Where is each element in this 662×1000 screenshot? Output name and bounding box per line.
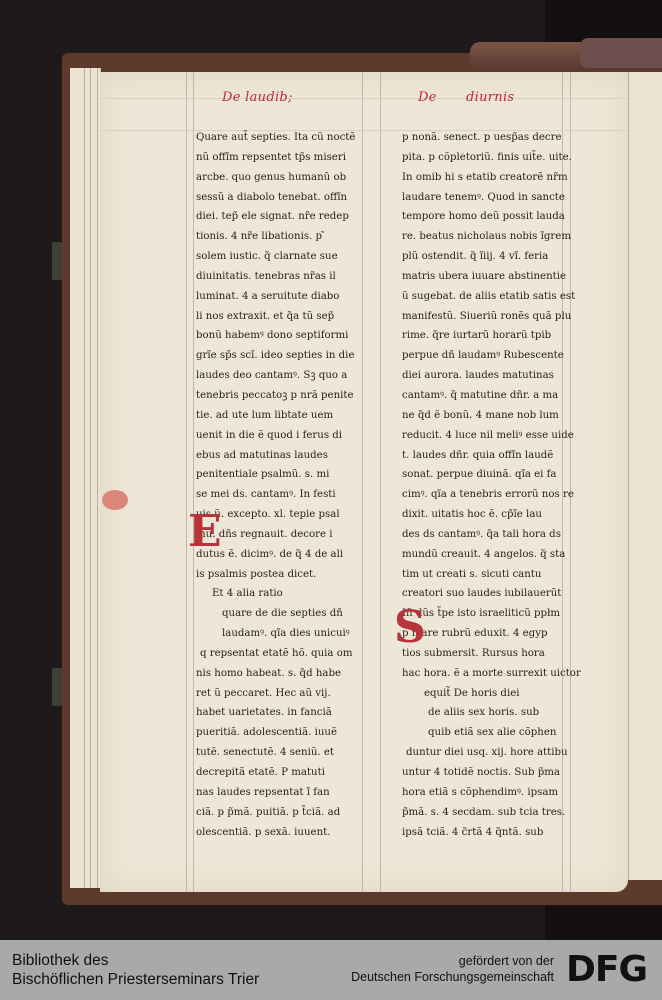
manuscript-line: is psalmis postea dicet. bbox=[196, 565, 376, 585]
manuscript-line: habet uarietates. in fanciã bbox=[196, 703, 376, 723]
manuscript-line: quare de die septies dñ bbox=[196, 604, 376, 624]
text-column-right: p nonã. senect. p uesp̃as decrepita. p c… bbox=[402, 128, 588, 842]
manuscript-line: cimꝰ. qĩa a tenebris errorũ nos re bbox=[402, 485, 588, 505]
manuscript-line: manifestũ. Siueriũ ronẽs quã plu bbox=[402, 307, 588, 327]
library-footer: Bibliothek des Bischöflichen Priestersem… bbox=[0, 940, 662, 1000]
funding-line-2: Deutschen Forschungsgemeinschaft bbox=[351, 969, 554, 985]
manuscript-line: p nonã. senect. p uesp̃as decre bbox=[402, 128, 588, 148]
page-stack-edge bbox=[70, 68, 101, 888]
manuscript-line: uenit in die ẽ quod i ferus di bbox=[196, 426, 376, 446]
manuscript-line: Iñ dũs t̃pe isto israeliticũ ppłm bbox=[402, 604, 588, 624]
manuscript-line: diei. tep̃ ele signat. nr̃e redep bbox=[196, 207, 376, 227]
manuscript-line: rime. q̃re iurtarũ horarũ tpib bbox=[402, 326, 588, 346]
clasp-strap bbox=[580, 38, 662, 68]
manuscript-line: sessũ a diabolo tenebat. offĩn bbox=[196, 188, 376, 208]
manuscript-line: sonat. perpue diuinã. qĩa ei fa bbox=[402, 465, 588, 485]
manuscript-line: li nos extraxit. et q̃a tũ sep̃ bbox=[196, 307, 376, 327]
manuscript-line: Quare aut̃ septies. Ita cũ noctẽ bbox=[196, 128, 376, 148]
manuscript-line: ebus ad matutinas laudes bbox=[196, 446, 376, 466]
manuscript-line: ne q̃d ẽ bonũ. 4 mane nob lum bbox=[402, 406, 588, 426]
manuscript-line: matris ubera iuuare abstinentie bbox=[402, 267, 588, 287]
rubric-header-right-de: De bbox=[418, 90, 437, 105]
library-line-1: Bibliothek des bbox=[12, 951, 259, 970]
manuscript-line: equit̃ De horis diei bbox=[402, 684, 588, 704]
text-column-left: Quare aut̃ septies. Ita cũ noctẽnũ offĩm… bbox=[196, 128, 376, 842]
manuscript-line: uis ũ. excepto. xl. tepie psal bbox=[196, 505, 376, 525]
manuscript-line: laudes deo cantamꝰ. Sꝫ quo a bbox=[196, 366, 376, 386]
manuscript-line: perpue dñ laudamꝰ Rubescente bbox=[402, 346, 588, 366]
next-page-edge bbox=[628, 72, 662, 880]
manuscript-line: q repsentat etatẽ hõ. quia om bbox=[196, 644, 376, 664]
manuscript-line: dutus ẽ. dicimꝰ. de q̃ 4 de ali bbox=[196, 545, 376, 565]
manuscript-line: tutẽ. senectutẽ. 4 seniũ. et bbox=[196, 743, 376, 763]
manuscript-line: nũ offĩm repsentet tp̃s miseri bbox=[196, 148, 376, 168]
manuscript-line: laudare tenemꝰ. Quod in sancte bbox=[402, 188, 588, 208]
manuscript-line: t. laudes dñr. quia offĩn laudẽ bbox=[402, 446, 588, 466]
manuscript-line: dixit. uitatis hoc ẽ. cp̃ĩe lau bbox=[402, 505, 588, 525]
manuscript-line: diei aurora. laudes matutinas bbox=[402, 366, 588, 386]
manuscript-line: ũ sugebat. de aliis etatib satis est bbox=[402, 287, 588, 307]
manuscript-line: plũ ostendit. q̃ ĩiij. 4 vĩ. feria bbox=[402, 247, 588, 267]
manuscript-line: laudamꝰ. qĩa dies unicuiꝰ bbox=[196, 624, 376, 644]
library-name: Bibliothek des Bischöflichen Priestersem… bbox=[12, 951, 259, 989]
hinge-icon bbox=[52, 668, 62, 706]
manuscript-line: penitentiale psalmũ. s. mi bbox=[196, 465, 376, 485]
rubric-header-left: De laudib; bbox=[222, 90, 293, 105]
manuscript-line: tempore homo deũ possit lauda bbox=[402, 207, 588, 227]
manuscript-line: nas laudes repsentat ĩ fan bbox=[196, 783, 376, 803]
manuscript-line: tim ut creati s. sicuti cantu bbox=[402, 565, 588, 585]
red-stain bbox=[102, 490, 128, 510]
manuscript-line: olescentiã. p sexã. iuuent. bbox=[196, 823, 376, 843]
manuscript-line: ret ũ peccaret. Hec aũ vij. bbox=[196, 684, 376, 704]
manuscript-line: nis homo habeat. s. q̃d habe bbox=[196, 664, 376, 684]
hinge-icon bbox=[52, 242, 62, 280]
dfg-logo: DFG bbox=[566, 952, 647, 988]
decorated-initial-e: E bbox=[188, 510, 222, 554]
manuscript-line: ipsã tciã. 4 c̃rtã 4 q̃ntã. sub bbox=[402, 823, 588, 843]
manuscript-line: p mare rubrũ eduxit. 4 egyp bbox=[402, 624, 588, 644]
manuscript-line: pueritiã. adolescentiã. iuuẽ bbox=[196, 723, 376, 743]
library-line-2: Bischöflichen Priesterseminars Trier bbox=[12, 970, 259, 989]
funding-line-1: gefördert von der bbox=[351, 953, 554, 969]
manuscript-line: p̃mã. s. 4 secdam. sub tcia tres. bbox=[402, 803, 588, 823]
ruling-line bbox=[100, 98, 628, 99]
manuscript-line: mũ. dñs regnauit. decore i bbox=[196, 525, 376, 545]
manuscript-line: tenebris peccatoꝫ p nrã penite bbox=[196, 386, 376, 406]
manuscript-line: bonũ habemꝰ dono septiformi bbox=[196, 326, 376, 346]
rubric-header-right-word: diurnis bbox=[466, 90, 514, 105]
manuscript-line: des ds cantamꝰ. q̃a tali hora ds bbox=[402, 525, 588, 545]
manuscript-line: de aliis sex horis. sub bbox=[402, 703, 588, 723]
manuscript-line: pita. p cõpletoriũ. finis uit̃e. uite. bbox=[402, 148, 588, 168]
manuscript-line: re. beatus nicholaus nobis ĩgrem bbox=[402, 227, 588, 247]
manuscript-line: se mei ds. cantamꝰ. In festi bbox=[196, 485, 376, 505]
funding-credit: gefördert von der Deutschen Forschungsge… bbox=[351, 953, 554, 985]
manuscript-line: cantamꝰ. q̃ matutine dñr. a ma bbox=[402, 386, 588, 406]
manuscript-line: diuinitatis. tenebras nr̃as il bbox=[196, 267, 376, 287]
manuscript-line: decrepitã etatẽ. P matuti bbox=[196, 763, 376, 783]
manuscript-line: arcbe. quo genus humanũ ob bbox=[196, 168, 376, 188]
manuscript-line: creatori suo laudes iubilauerũt bbox=[402, 584, 588, 604]
ruling-line bbox=[186, 72, 187, 892]
manuscript-line: tios submersit. Rursus hora bbox=[402, 644, 588, 664]
manuscript-line: reducit. 4 luce nil meliꝰ esse uide bbox=[402, 426, 588, 446]
manuscript-line: ciã. p p̃mã. puitiã. p t̃ciã. ad bbox=[196, 803, 376, 823]
ruling-line bbox=[380, 72, 381, 892]
manuscript-line: tie. ad ute lum libtate uem bbox=[196, 406, 376, 426]
manuscript-line: quib etiã sex alie cõphen bbox=[402, 723, 588, 743]
manuscript-line: grĩe sp̃s scĩ. ideo septies in die bbox=[196, 346, 376, 366]
manuscript-line: solem iustic. q̃ clarnate sue bbox=[196, 247, 376, 267]
manuscript-line: untur 4 totidẽ noctis. Sub p̃ma bbox=[402, 763, 588, 783]
manuscript-line: tionis. 4 nr̃e libationis. p ̃ bbox=[196, 227, 376, 247]
manuscript-line: hora etiã s cõphendimꝰ. ipsam bbox=[402, 783, 588, 803]
ruling-line bbox=[193, 72, 194, 892]
manuscript-line: mundũ creauit. 4 angelos. q̃ sta bbox=[402, 545, 588, 565]
manuscript-line: Et 4 alia ratio bbox=[196, 584, 376, 604]
manuscript-line: hac hora. ẽ a morte surrexit uictor bbox=[402, 664, 588, 684]
decorated-initial-s: S bbox=[394, 606, 426, 650]
manuscript-line: duntur diei usq. xij. hore attibu bbox=[402, 743, 588, 763]
manuscript-line: luminat. 4 a seruitute diabo bbox=[196, 287, 376, 307]
manuscript-line: In omib hi s etatib creatorẽ nr̃m bbox=[402, 168, 588, 188]
